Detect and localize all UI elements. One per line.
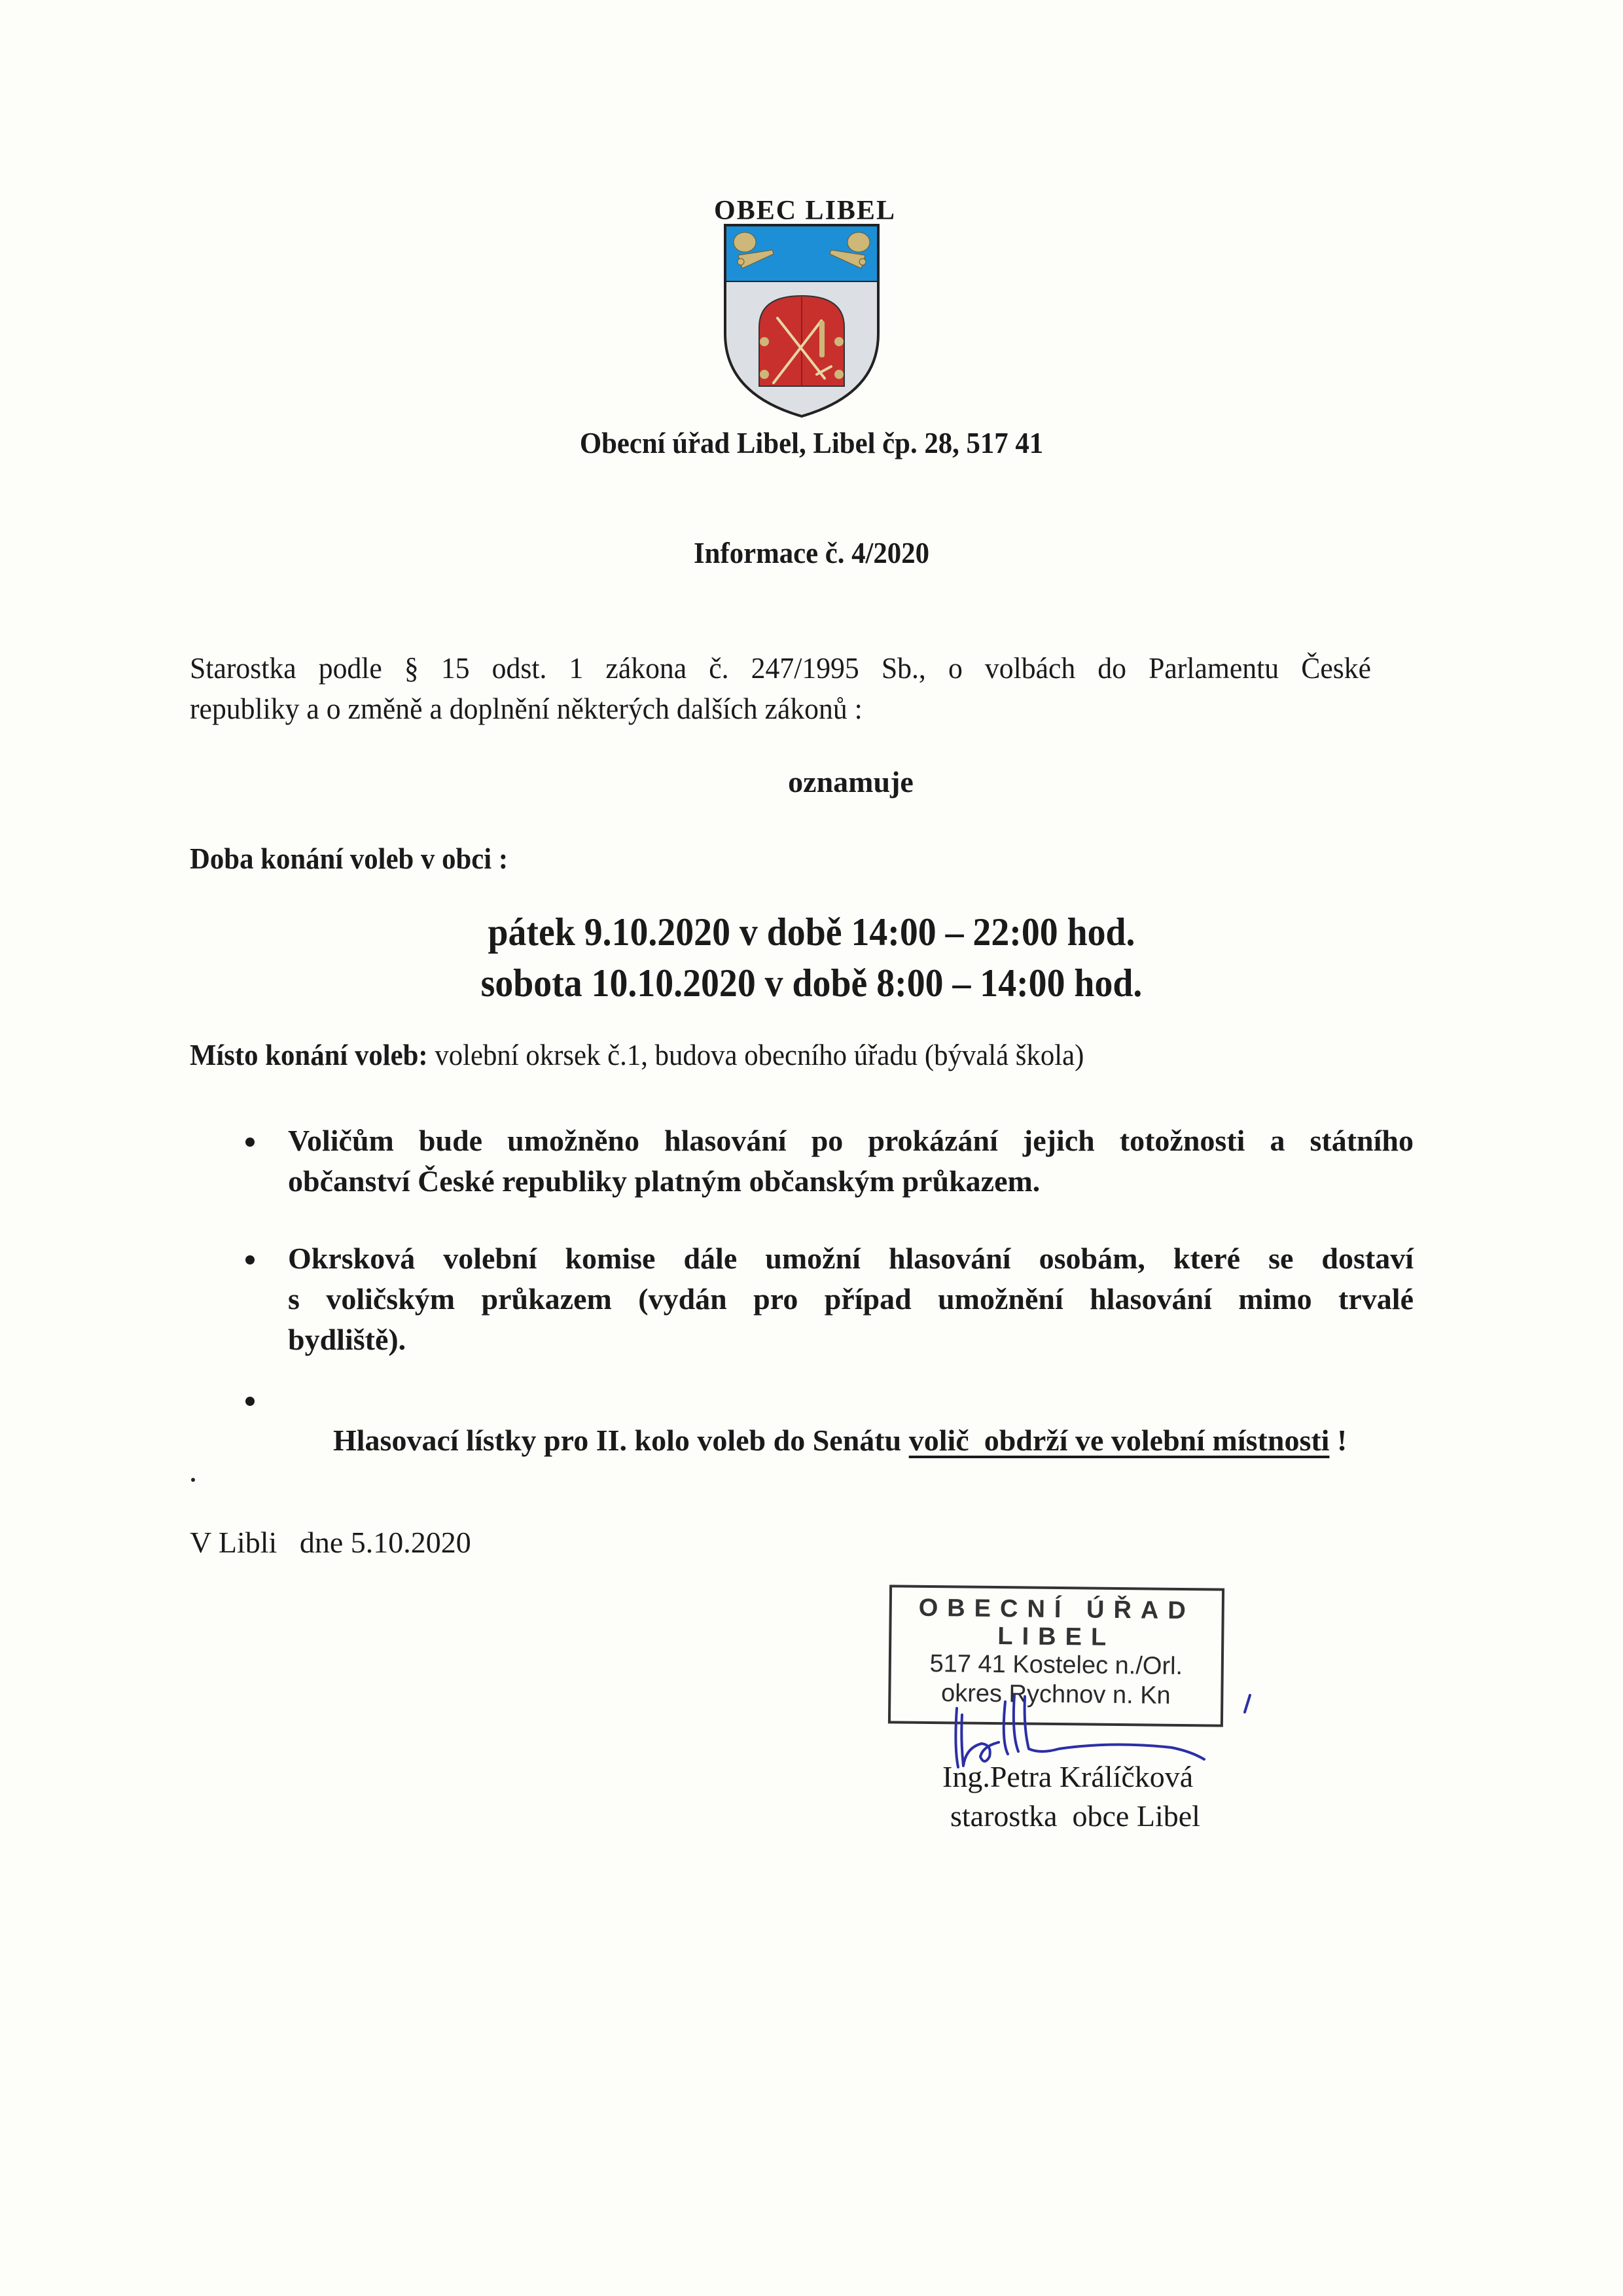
municipality-name: OBEC LIBEL — [707, 195, 903, 226]
schedule-saturday: sobota 10.10.2020 v době 8:00 – 14:00 ho… — [57, 958, 1566, 1009]
stamp-line-1: OBECNÍ ÚŘAD — [892, 1594, 1222, 1625]
intro-line-1: Starostka podle § 15 odst. 1 zákona č. 2… — [190, 648, 1371, 689]
place-value: volební okrsek č.1, budova obecního úřad… — [428, 1038, 1084, 1071]
place-label: Místo konání voleb: — [190, 1038, 428, 1071]
document-title: Informace č. 4/2020 — [57, 535, 1566, 570]
signer-role: starostka obce Libel — [950, 1799, 1200, 1833]
place-and-date: V Libli dne 5.10.2020 — [190, 1525, 471, 1560]
announce-heading: oznamuje — [0, 764, 1623, 799]
list-item-text: občanství České republiky platným občans… — [288, 1161, 1414, 1202]
election-schedule: pátek 9.10.2020 v době 14:00 – 22:00 hod… — [57, 906, 1566, 1009]
signer-name: Ing.Petra Králíčková — [942, 1759, 1193, 1794]
bullet-icon — [245, 1255, 255, 1265]
list-item-text: bydliště). — [288, 1319, 1414, 1360]
election-place: Místo konání voleb: volební okrsek č.1, … — [190, 1037, 1084, 1072]
intro-paragraph: Starostka podle § 15 odst. 1 zákona č. 2… — [190, 648, 1371, 729]
list-item-text: Okrsková volební komise dále umožní hlas… — [288, 1238, 1414, 1279]
stamp-line-3: 517 41 Kostelec n./Orl. — [891, 1648, 1221, 1681]
underlined-emphasis: volič obdrží ve volební místnosti — [909, 1424, 1330, 1457]
scan-speck — [191, 1478, 195, 1482]
list-item-text: s voličským průkazem (vydán pro případ u… — [288, 1279, 1414, 1319]
list-item-text: ! — [1329, 1424, 1347, 1457]
bullet-icon — [245, 1397, 255, 1406]
list-item-text: Hlasovací lístky pro II. kolo voleb do S… — [333, 1424, 909, 1457]
coat-of-arms-icon — [720, 223, 883, 419]
schedule-friday: pátek 9.10.2020 v době 14:00 – 22:00 hod… — [57, 906, 1566, 958]
election-time-label: Doba konání voleb v obci : — [190, 841, 508, 876]
intro-line-2: republiky a o změně a doplnění některých… — [190, 689, 1371, 729]
office-address-heading: Obecní úřad Libel, Libel čp. 28, 517 41 — [57, 425, 1566, 460]
stamp-line-2: LIBEL — [891, 1622, 1221, 1651]
bullet-icon — [245, 1138, 255, 1147]
list-item-text: Voličům bude umožněno hlasování po proká… — [288, 1121, 1414, 1161]
